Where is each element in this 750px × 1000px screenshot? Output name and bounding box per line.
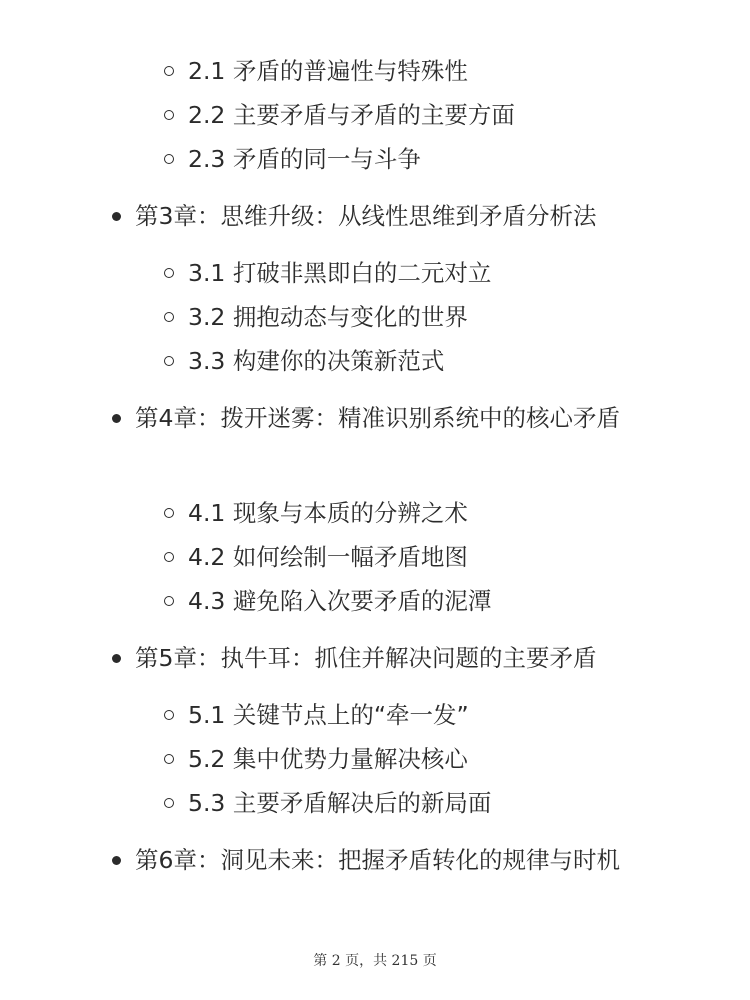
- subitem-label: 3.1 打破非黑即白的二元对立: [188, 259, 491, 287]
- hollow-bullet-icon: [164, 154, 174, 164]
- outline-subitem: 2.2 主要矛盾与矛盾的主要方面: [160, 93, 680, 137]
- chapter-label: 第4章：拨开迷雾：精准识别系统中的核心矛盾: [135, 404, 620, 432]
- subitem-label: 4.3 避免陷入次要矛盾的泥潭: [188, 587, 491, 615]
- chapter-label: 第3章：思维升级：从线性思维到矛盾分析法: [135, 202, 596, 230]
- subitem-label: 2.1 矛盾的普遍性与特殊性: [188, 57, 468, 85]
- hollow-bullet-icon: [164, 66, 174, 76]
- hollow-bullet-icon: [164, 798, 174, 808]
- hollow-bullet-icon: [164, 356, 174, 366]
- subitem-label: 5.3 主要矛盾解决后的新局面: [188, 789, 491, 817]
- outline-subitem: 5.1 关键节点上的“牵一发”: [160, 693, 680, 737]
- outline-subitem: 5.2 集中优势力量解决核心: [160, 737, 680, 781]
- outline-subitem: 5.3 主要矛盾解决后的新局面: [160, 781, 680, 825]
- hollow-bullet-icon: [164, 710, 174, 720]
- subitem-label: 3.2 拥抱动态与变化的世界: [188, 303, 468, 331]
- chapter-label: 第5章：执牛耳：抓住并解决问题的主要矛盾: [135, 644, 596, 672]
- filled-bullet-icon: [112, 414, 121, 423]
- hollow-bullet-icon: [164, 508, 174, 518]
- subitem-label: 3.3 构建你的决策新范式: [188, 347, 444, 375]
- hollow-bullet-icon: [164, 596, 174, 606]
- outline-subitem: 2.3 矛盾的同一与斗争: [160, 137, 680, 181]
- outline-subitem: 4.2 如何绘制一幅矛盾地图: [160, 535, 680, 579]
- subitem-label: 2.2 主要矛盾与矛盾的主要方面: [188, 101, 515, 129]
- outline-subitem: 4.1 现象与本质的分辨之术: [160, 491, 680, 535]
- hollow-bullet-icon: [164, 110, 174, 120]
- outline-subitem: 3.3 构建你的决策新范式: [160, 339, 680, 383]
- filled-bullet-icon: [112, 212, 121, 221]
- outline-subitem: 2.1 矛盾的普遍性与特殊性: [160, 49, 680, 93]
- subitem-label: 5.1 关键节点上的“牵一发”: [188, 701, 469, 729]
- outline-chapter: 第3章：思维升级：从线性思维到矛盾分析法: [108, 194, 668, 239]
- hollow-bullet-icon: [164, 268, 174, 278]
- hollow-bullet-icon: [164, 312, 174, 322]
- outline-subitem: 3.2 拥抱动态与变化的世界: [160, 295, 680, 339]
- filled-bullet-icon: [112, 856, 121, 865]
- outline-chapter: 第4章：拨开迷雾：精准识别系统中的核心矛盾: [108, 396, 668, 441]
- chapter-label: 第6章：洞见未来：把握矛盾转化的规律与时机: [135, 846, 620, 874]
- page-indicator: 第 2 页，共 215 页: [0, 950, 750, 970]
- outline-chapter: 第6章：洞见未来：把握矛盾转化的规律与时机: [108, 838, 668, 883]
- document-page: 2.1 矛盾的普遍性与特殊性 2.2 主要矛盾与矛盾的主要方面 2.3 矛盾的同…: [0, 0, 750, 1000]
- subitem-label: 2.3 矛盾的同一与斗争: [188, 145, 421, 173]
- subitem-label: 5.2 集中优势力量解决核心: [188, 745, 468, 773]
- filled-bullet-icon: [112, 654, 121, 663]
- subitem-label: 4.1 现象与本质的分辨之术: [188, 499, 468, 527]
- hollow-bullet-icon: [164, 552, 174, 562]
- outline-subitem: 4.3 避免陷入次要矛盾的泥潭: [160, 579, 680, 623]
- outline-chapter: 第5章：执牛耳：抓住并解决问题的主要矛盾: [108, 636, 668, 681]
- subitem-label: 4.2 如何绘制一幅矛盾地图: [188, 543, 468, 571]
- outline-subitem: 3.1 打破非黑即白的二元对立: [160, 251, 680, 295]
- hollow-bullet-icon: [164, 754, 174, 764]
